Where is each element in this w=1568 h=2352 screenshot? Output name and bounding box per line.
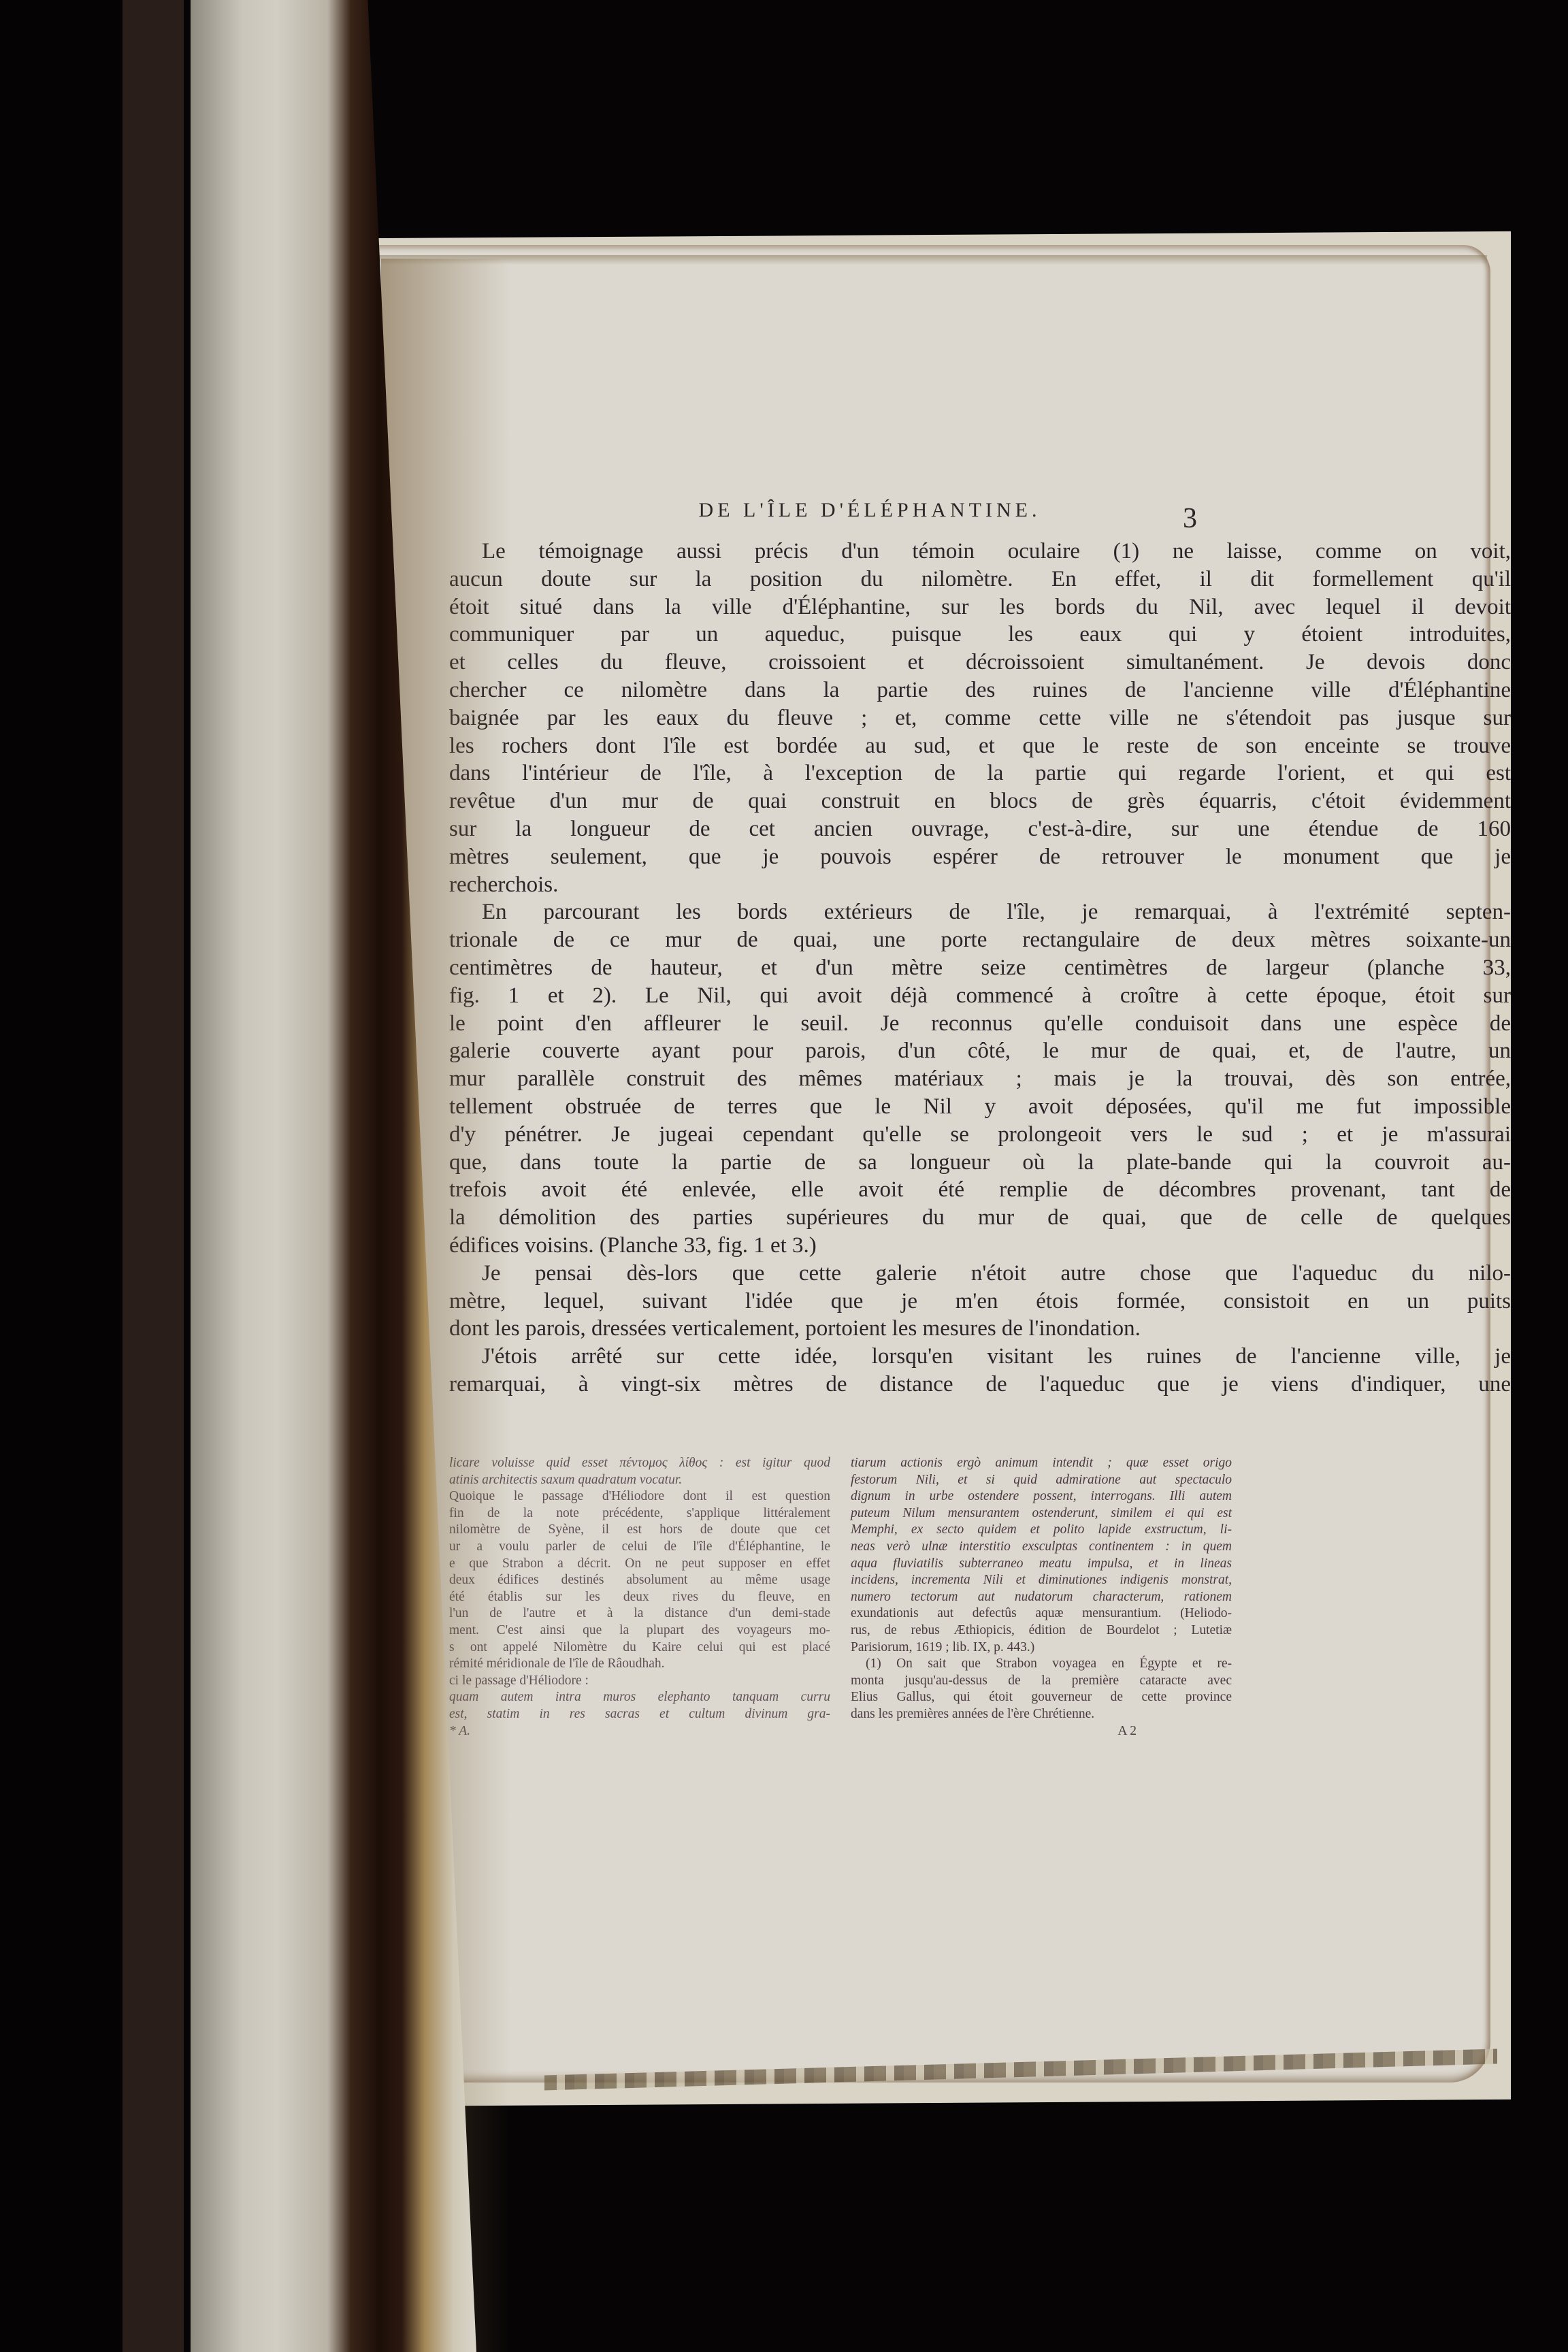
footnote-column-right: tiarum actionis ergò animum intendit ; q… [851,1455,1232,1739]
footnote-line: aqua fluviatilis subterraneo meatu impul… [851,1556,1232,1573]
body-line: trefois avoit été enlevée, elle avoit ét… [449,1176,1511,1204]
footnote-line: monta jusqu'au-dessus de la première cat… [851,1673,1232,1690]
body-line: étoit situé dans la ville d'Éléphantine,… [449,593,1511,621]
body-line: la démolition des parties supérieures du… [449,1204,1511,1232]
body-line: le point d'en affleurer le seuil. Je rec… [449,1010,1511,1038]
body-line: remarquai, à vingt-six mètres de distanc… [449,1371,1511,1399]
footnote-line: numero tectorum aut nudatorum characteru… [851,1589,1232,1606]
body-line: mètres seulement, que je pouvois espérer… [449,843,1511,871]
body-line: les rochers dont l'île est bordée au sud… [449,732,1511,760]
footnote-line: (1) On sait que Strabon voyagea en Égypt… [851,1656,1232,1673]
body-line: d'y pénétrer. Je jugeai cependant qu'ell… [449,1121,1511,1149]
footnote-line: Memphi, ex secto quidem et polito lapide… [851,1522,1232,1539]
body-text: Le témoignage aussi précis d'un témoin o… [449,538,1511,1399]
body-line: dans l'intérieur de l'île, à l'exception… [449,759,1511,787]
body-line: centimètres de hauteur, et d'un mètre se… [449,954,1511,982]
body-line: et celles du fleuve, croissoient et décr… [449,649,1511,676]
page-number: 3 [1183,502,1197,535]
body-line: galerie couverte ayant pour parois, d'un… [449,1037,1511,1065]
body-line: En parcourant les bords extérieurs de l'… [449,898,1511,926]
body-line: communiquer par un aqueduc, puisque les … [449,621,1511,649]
body-line: tellement obstruée de terres que le Nil … [449,1093,1511,1121]
body-line: Le témoignage aussi précis d'un témoin o… [449,538,1511,566]
footnote-line: Elius Gallus, qui étoit gouverneur de ce… [851,1689,1232,1706]
footnote-line: neas verò ulnæ interstitio exsculptas co… [851,1539,1232,1556]
signature-mark: A 2 [851,1723,1232,1740]
footnote-line: tiarum actionis ergò animum intendit ; q… [851,1455,1232,1472]
body-line: J'étois arrêté sur cette idée, lorsqu'en… [449,1343,1511,1371]
footnote-line: Parisiorum, 1619 ; lib. IX, p. 443.) [851,1639,1232,1656]
body-line: fig. 1 et 2). Le Nil, qui avoit déjà com… [449,982,1511,1010]
body-line: mètre, lequel, suivant l'idée que je m'e… [449,1288,1511,1316]
body-line: baignée par les eaux du fleuve ; et, com… [449,704,1511,732]
footnote-line: dignum in urbe ostendere possent, interr… [851,1488,1232,1505]
footnote-line: puteum Nilum mensurantem ostenderunt, si… [851,1505,1232,1522]
body-line: que, dans toute la partie de sa longueur… [449,1149,1511,1177]
footnote-line: dans les premières années de l'ère Chrét… [851,1706,1232,1723]
body-line: revêtue d'un mur de quai construit en bl… [449,787,1511,815]
body-line: dont les parois, dressées verticalement,… [449,1315,1511,1343]
footnote-line: rus, de rebus Æthiopicis, édition de Bou… [851,1622,1232,1639]
body-line: sur la longueur de cet ancien ouvrage, c… [449,815,1511,843]
book-cover-edge [0,0,204,2352]
body-line: recherchois. [449,871,1511,899]
running-head: DE L'ÎLE D'ÉLÉPHANTINE. [659,499,1081,522]
deckle-edge-top [364,255,1487,265]
body-line: Je pensai dès-lors que cette galerie n'é… [449,1260,1511,1288]
footnote-line: incidens, incrementa Nili et diminutione… [851,1572,1232,1589]
body-line: chercher ce nilomètre dans la partie des… [449,676,1511,704]
body-line: trionale de ce mur de quai, une porte re… [449,926,1511,954]
body-line: mur parallèle construit des mêmes matéri… [449,1065,1511,1093]
footnote-line: festorum Nili, et si quid admiratione au… [851,1472,1232,1489]
body-line: édifices voisins. (Planche 33, fig. 1 et… [449,1232,1511,1260]
body-line: aucun doute sur la position du nilomètre… [449,566,1511,593]
footnote-line: exundationis aut defectûs aquæ mensurant… [851,1605,1232,1622]
